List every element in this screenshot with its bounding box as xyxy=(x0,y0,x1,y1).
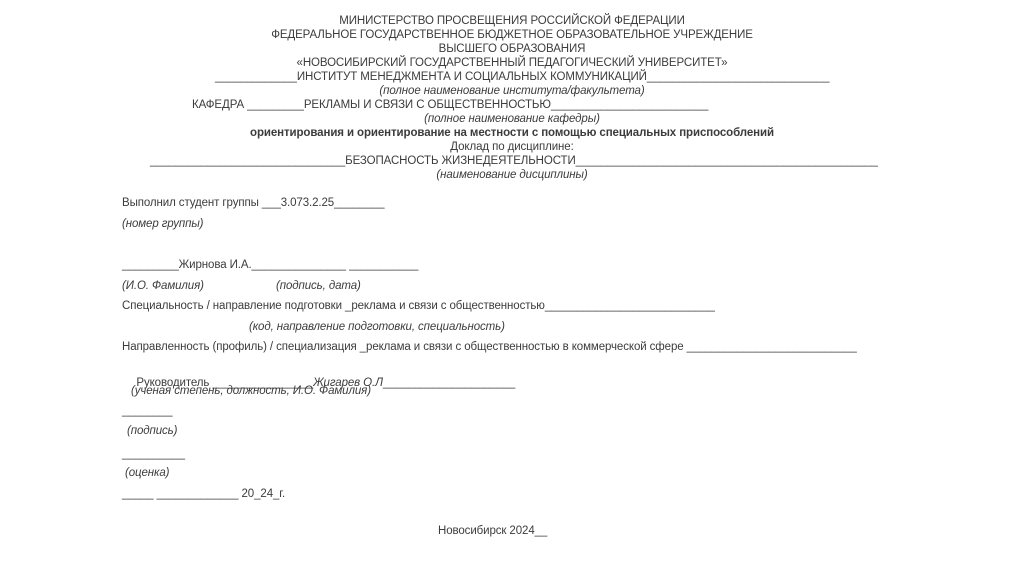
city-year-line: Новосибирск 2024__ xyxy=(438,524,547,538)
discipline-line: _______________________________БЕЗОПАСНО… xyxy=(150,154,878,168)
student-group-line: Выполнил студент группы ___3.073.2.25___… xyxy=(122,196,384,210)
date-line: _____ _____________ 20_24_г. xyxy=(122,487,285,501)
education-level-line: ВЫСШЕГО ОБРАЗОВАНИЯ xyxy=(0,42,1024,56)
ministry-line: МИНИСТЕРСТВО ПРОСВЕЩЕНИЯ РОССИЙСКОЙ ФЕДЕ… xyxy=(0,14,1024,28)
name-hint: (И.О. Фамилия) xyxy=(122,279,204,293)
report-type-line: Доклад по дисциплине: xyxy=(0,140,1024,154)
institute-hint: (полное наименование института/факультет… xyxy=(0,84,1024,98)
specialty-line: Специальность / направление подготовки _… xyxy=(122,299,715,313)
grade-blank: __________ xyxy=(122,447,185,461)
discipline-hint: (наименование дисциплины) xyxy=(0,168,1024,182)
specialty-hint: (код, направление подготовки, специально… xyxy=(249,320,505,334)
signature-blank: ________ xyxy=(122,404,172,418)
student-name-line: _________Жирнова И.А._______________ ___… xyxy=(122,258,418,272)
supervisor-hint: (ученая степень, должность, И.О. Фамилия… xyxy=(131,384,371,398)
university-line: «НОВОСИБИРСКИЙ ГОСУДАРСТВЕННЫЙ ПЕДАГОГИЧ… xyxy=(0,56,1024,70)
topic-title: ориентирования и ориентирование на местн… xyxy=(0,126,1024,140)
department-hint: (полное наименование кафедры) xyxy=(0,112,1024,126)
document-page: МИНИСТЕРСТВО ПРОСВЕЩЕНИЯ РОССИЙСКОЙ ФЕДЕ… xyxy=(0,0,1024,574)
grade-hint: (оценка) xyxy=(125,466,169,480)
group-hint: (номер группы) xyxy=(122,217,203,231)
institution-line: ФЕДЕРАЛЬНОЕ ГОСУДАРСТВЕННОЕ БЮДЖЕТНОЕ ОБ… xyxy=(0,28,1024,42)
supervisor-blank-tail: _____________________ xyxy=(383,377,515,389)
profile-line: Направленность (профиль) / специализация… xyxy=(122,340,857,354)
signature-hint: (подпись) xyxy=(127,424,177,438)
department-line: КАФЕДРА _________РЕКЛАМЫ И СВЯЗИ С ОБЩЕС… xyxy=(192,98,708,112)
institute-line: _____________ИНСТИТУТ МЕНЕДЖМЕНТА И СОЦИ… xyxy=(215,70,829,84)
signature-date-hint: (подпись, дата) xyxy=(276,279,361,293)
